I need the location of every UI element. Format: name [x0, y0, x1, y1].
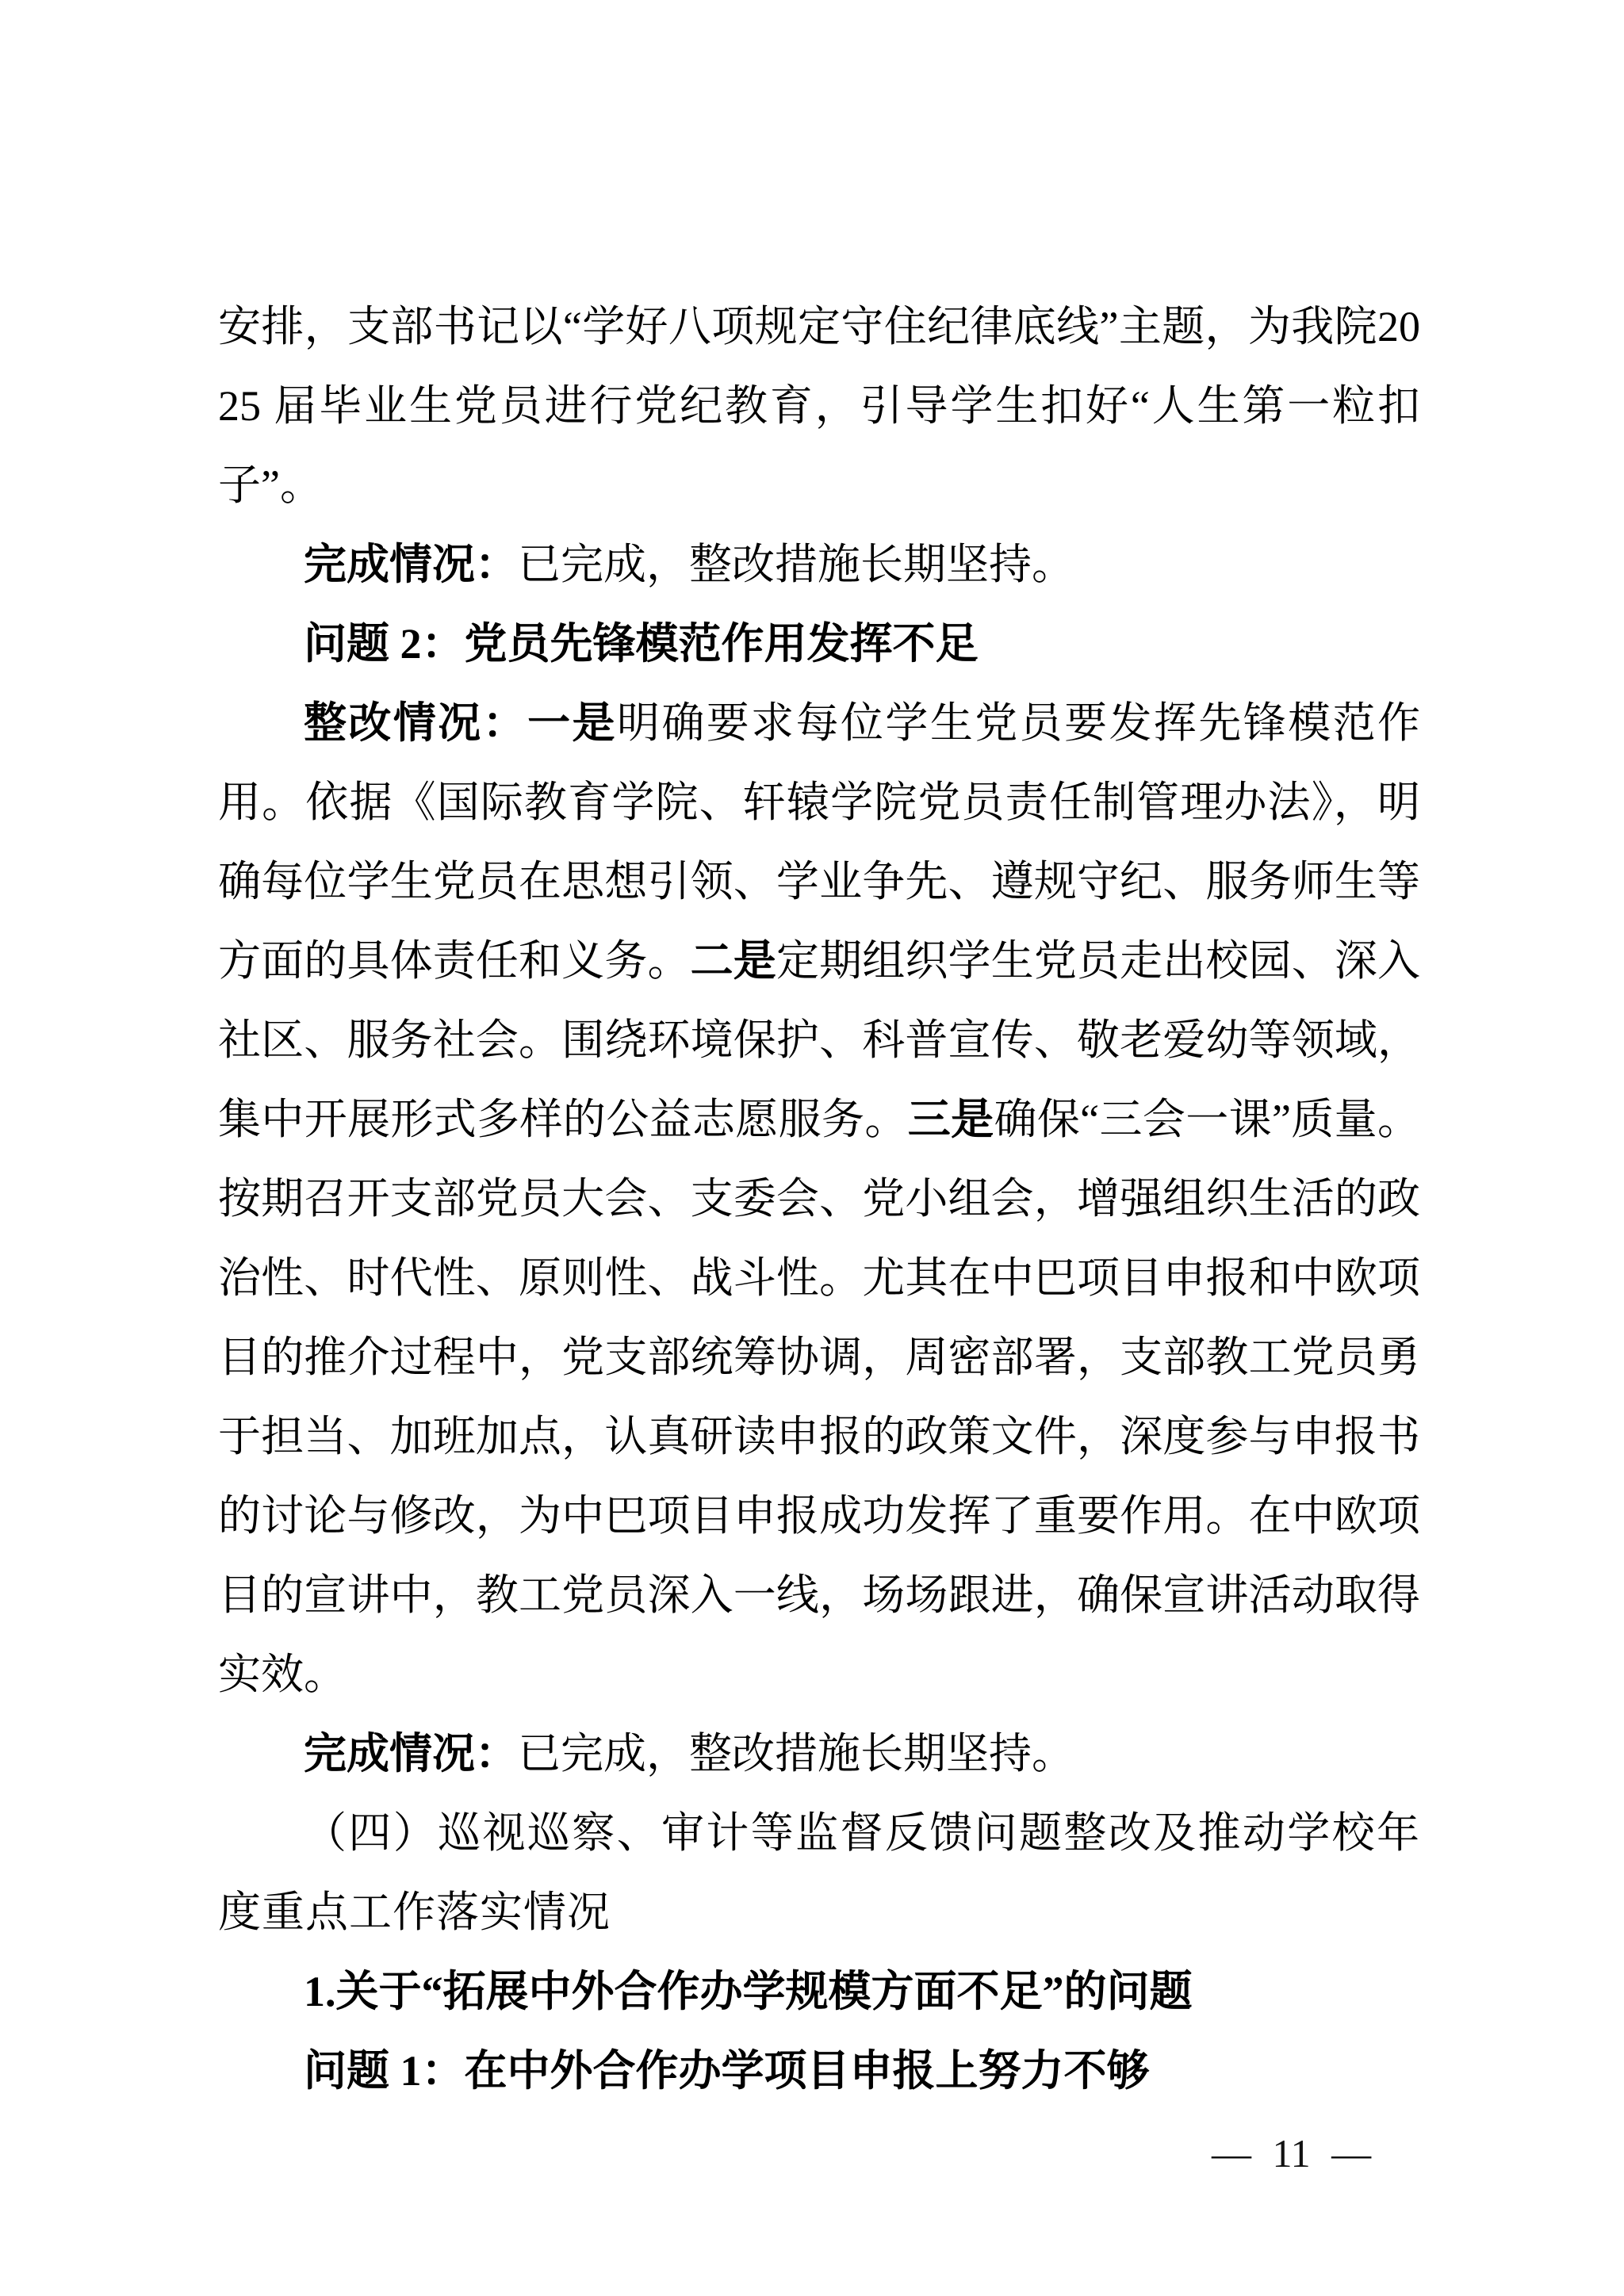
paragraph: 完成情况：已完成，整改措施长期坚持。: [218, 525, 1420, 604]
document-page: 安排，支部书记以“学好八项规定守住纪律底线”主题，为我院2025 届毕业生党员进…: [0, 0, 1624, 2296]
paragraph: 问题 1：在中外合作办学项目申报上努力不够: [218, 2031, 1420, 2110]
emphasis-text: 1.关于“拓展中外合作办学规模方面不足”的问题: [304, 1968, 1193, 2015]
emphasis-text: 二是: [691, 937, 776, 985]
paragraph: 整改情况：一是明确要求每位学生党员要发挥先锋模范作用。依据《国际教育学院、轩辕学…: [218, 683, 1420, 1714]
body-text: 安排，支部书记以“学好八项规定守住纪律底线”主题，为我院2025 届毕业生党员进…: [218, 303, 1420, 509]
emphasis-text: 三是: [908, 1096, 994, 1143]
paragraph: 问题 2：党员先锋模范作用发挥不足: [218, 604, 1420, 683]
page-number: — 11 —: [1212, 2131, 1371, 2175]
body-text: （四）巡视巡察、审计等监督反馈问题整改及推动学校年度重点工作落实情况: [218, 1809, 1420, 1936]
paragraph: 完成情况：已完成，整改措施长期坚持。: [218, 1714, 1420, 1793]
body-text: 确保“三会一课”质量。按期召开支部党员大会、支委会、党小组会，增强组织生活的政治…: [218, 1096, 1420, 1698]
section-heading-paragraph: （四）巡视巡察、审计等监督反馈问题整改及推动学校年度重点工作落实情况: [218, 1793, 1420, 1952]
body-text: 已完成，整改措施长期坚持。: [518, 1730, 1074, 1777]
emphasis-text: 一是: [527, 699, 617, 747]
emphasis-text: 问题 2：党员先锋模范作用发挥不足: [304, 620, 979, 668]
emphasis-text: 问题 1：在中外合作办学项目申报上努力不够: [304, 2047, 1150, 2095]
paragraph: 安排，支部书记以“学好八项规定守住纪律底线”主题，为我院2025 届毕业生党员进…: [218, 287, 1420, 525]
body-text: 已完成，整改措施长期坚持。: [518, 541, 1074, 588]
emphasis-text: 整改情况：: [304, 699, 527, 747]
paragraph: 1.关于“拓展中外合作办学规模方面不足”的问题: [218, 1952, 1420, 2031]
emphasis-text: 完成情况：: [304, 541, 518, 588]
document-content: 安排，支部书记以“学好八项规定守住纪律底线”主题，为我院2025 届毕业生党员进…: [218, 287, 1420, 2110]
emphasis-text: 完成情况：: [304, 1730, 518, 1777]
